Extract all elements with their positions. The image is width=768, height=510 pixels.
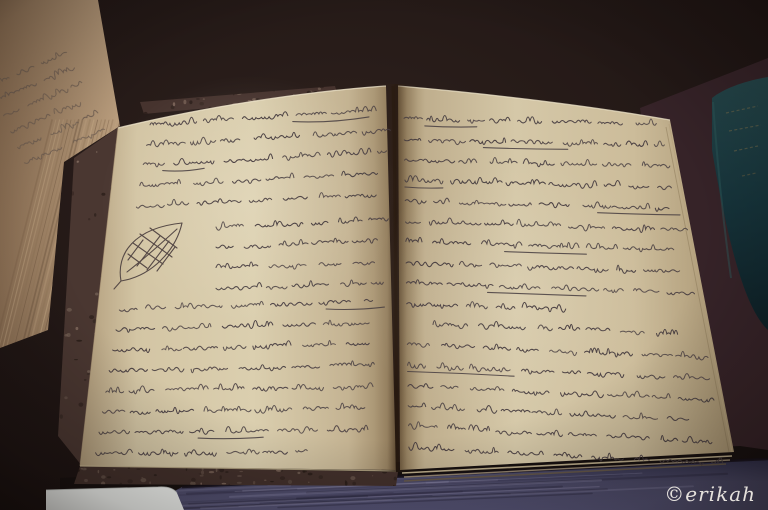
photo-open-manuscript-on-shelf: ©erikah <box>0 0 768 510</box>
scene-canvas: ©erikah <box>0 0 768 510</box>
photo-vignette <box>0 0 768 510</box>
watermark: ©erikah <box>664 482 756 506</box>
